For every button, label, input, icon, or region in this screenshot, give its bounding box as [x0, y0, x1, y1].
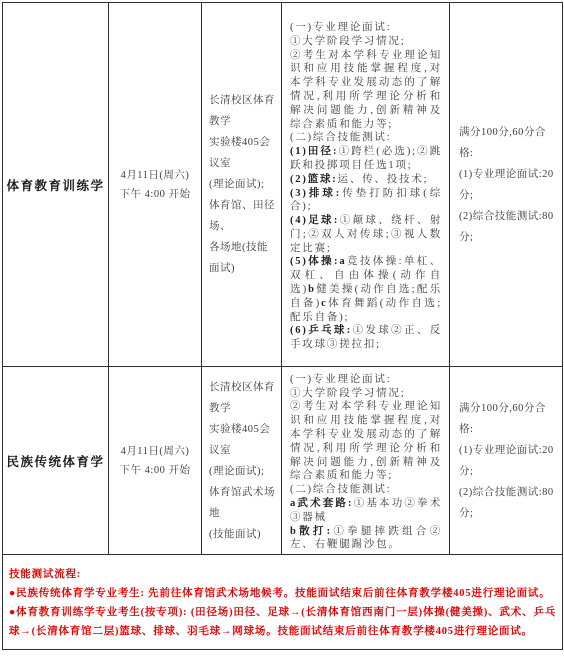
text-line: (1)专业理论面试:20分; [459, 164, 557, 206]
paragraph: ②考生对本学科专业理论知识和应用技能掌握程度,对本学科专业发展动态的了解情况,利… [290, 400, 442, 483]
text-line: 4月11日(周六) [109, 166, 201, 185]
exam-schedule-table: 体育教育训练学 4月11日(周六)下午 4:00 开始 长清校区体育教学实验楼4… [2, 2, 563, 650]
text-line: 体育馆武术场地 [209, 482, 277, 524]
table-row-sports-training: 体育教育训练学 4月11日(周六)下午 4:00 开始 长清校区体育教学实验楼4… [3, 3, 563, 367]
datetime-text: 4月11日(周六)下午 4:00 开始 [109, 442, 201, 480]
text-line: 各场地(技能面试) [209, 237, 277, 279]
location-cell: 长清校区体育教学实验楼405会议室(理论面试);体育馆、田径场、各场地(技能面试… [202, 3, 282, 367]
paragraph: a武术套路:①基本功②拳术③器械 [290, 497, 442, 525]
paragraph: (6)乒乓球:①发球②正、反手攻球③搓拉扣; [290, 324, 442, 352]
text-line: 长清校区体育教学 [209, 377, 277, 419]
paragraph: (3)排球:传垫打防扣球(综合); [290, 187, 442, 215]
score-text: 满分100分,60分合格:(1)专业理论面试:20分;(2)综合技能测试:80分… [450, 398, 562, 524]
table-row-ethnic-sports: 民族传统体育学 4月11日(周六)下午 4:00 开始 长清校区体育教学实验楼4… [3, 367, 563, 555]
text-line: (理论面试); [209, 461, 277, 482]
subject-cell: 体育教育训练学 [3, 3, 109, 367]
paragraph: (二)综合技能测试: [290, 131, 442, 145]
paragraph: ②考生对本学科专业理论知识和应用技能掌握程度,对本学科专业发展动态的了解情况,利… [290, 49, 442, 132]
score-cell: 满分100分,60分合格:(1)专业理论面试:20分;(2)综合技能测试:80分… [450, 3, 563, 367]
paragraph: b散打:①拳腿摔跌组合②左、右鞭腿踢沙包。 [290, 525, 442, 553]
subject-label: 体育教育训练学 [3, 176, 108, 194]
location-text: 长清校区体育教学实验楼405会议室(理论面试);体育馆武术场地(技能面试) [202, 373, 281, 549]
location-cell: 长清校区体育教学实验楼405会议室(理论面试);体育馆武术场地(技能面试) [202, 367, 282, 555]
datetime-text: 4月11日(周六)下午 4:00 开始 [109, 166, 201, 204]
text-line: 长清校区体育教学 [209, 90, 277, 132]
paragraph: ●体育教育训练学专业考生(按专项): (田径场)田径、足球→(长清体育馆西南门一… [9, 603, 556, 641]
datetime-cell: 4月11日(周六)下午 4:00 开始 [109, 3, 202, 367]
paragraph: (1)田径:①跨栏(必选);②跳跃和投掷项目任选1项; [290, 145, 442, 173]
paragraph: ①大学阶段学习情况; [290, 387, 442, 401]
subject-cell: 民族传统体育学 [3, 367, 109, 555]
text-line: 4月11日(周六) [109, 442, 201, 461]
text-line: 实验楼405会议室 [209, 419, 277, 461]
text-line: 满分100分,60分合格: [459, 122, 557, 164]
text-line: (技能面试) [209, 524, 277, 545]
document-page: 体育教育训练学 4月11日(周六)下午 4:00 开始 长清校区体育教学实验楼4… [0, 0, 564, 657]
paragraph: ①大学阶段学习情况; [290, 35, 442, 49]
paragraph: ●民族传统体育学专业考生: 先前往体育馆武术场地候考。技能面试结束后前往体育教学… [9, 584, 556, 603]
subject-label: 民族传统体育学 [3, 452, 108, 470]
skill-test-procedure-bullets: ●民族传统体育学专业考生: 先前往体育馆武术场地候考。技能面试结束后前往体育教学… [9, 584, 556, 641]
skill-test-procedure: 技能测试流程: ●民族传统体育学专业考生: 先前往体育馆武术场地候考。技能面试结… [3, 562, 562, 643]
text-line: 满分100分,60分合格: [459, 398, 557, 440]
paragraph: (二)综合技能测试: [290, 483, 442, 497]
datetime-cell: 4月11日(周六)下午 4:00 开始 [109, 367, 202, 555]
text-line: (理论面试); [209, 174, 277, 195]
score-cell: 满分100分,60分合格:(1)专业理论面试:20分;(2)综合技能测试:80分… [450, 367, 563, 555]
text-line: (2)综合技能测试:80分; [459, 206, 557, 248]
text-line: 实验楼405会议室 [209, 132, 277, 174]
exam-content-text: (一)专业理论面试:①大学阶段学习情况;②考生对本学科专业理论知识和应用技能掌握… [282, 369, 449, 552]
exam-content-text: (一)专业理论面试:①大学阶段学习情况;②考生对本学科专业理论知识和应用技能掌握… [282, 17, 449, 352]
paragraph: (5)体操:a竞技体操:单杠、双杠、自由体操(动作自选)b健美操(动作自选;配乐… [290, 255, 442, 324]
paragraph: (一)专业理论面试: [290, 373, 442, 387]
exam-content-cell: (一)专业理论面试:①大学阶段学习情况;②考生对本学科专业理论知识和应用技能掌握… [282, 367, 450, 555]
paragraph: (2)篮球:运、传、投技术; [290, 173, 442, 187]
location-text: 长清校区体育教学实验楼405会议室(理论面试);体育馆、田径场、各场地(技能面试… [202, 86, 281, 283]
text-line: 下午 4:00 开始 [109, 461, 201, 480]
exam-content-cell: (一)专业理论面试:①大学阶段学习情况;②考生对本学科专业理论知识和应用技能掌握… [282, 3, 450, 367]
table-row-footer-note: 技能测试流程: ●民族传统体育学专业考生: 先前往体育馆武术场地候考。技能面试结… [3, 555, 563, 650]
text-line: (2)综合技能测试:80分; [459, 482, 557, 524]
text-line: 下午 4:00 开始 [109, 185, 201, 204]
skill-test-procedure-cell: 技能测试流程: ●民族传统体育学专业考生: 先前往体育馆武术场地候考。技能面试结… [3, 555, 563, 650]
text-line: (1)专业理论面试:20分; [459, 440, 557, 482]
text-line: 体育馆、田径场、 [209, 195, 277, 237]
skill-test-procedure-title: 技能测试流程: [9, 565, 556, 584]
score-text: 满分100分,60分合格:(1)专业理论面试:20分;(2)综合技能测试:80分… [450, 122, 562, 248]
paragraph: (4)足球:①颠球、绕杆、射门;②双人对传球;③视人数定比赛; [290, 214, 442, 255]
paragraph: (一)专业理论面试: [290, 21, 442, 35]
